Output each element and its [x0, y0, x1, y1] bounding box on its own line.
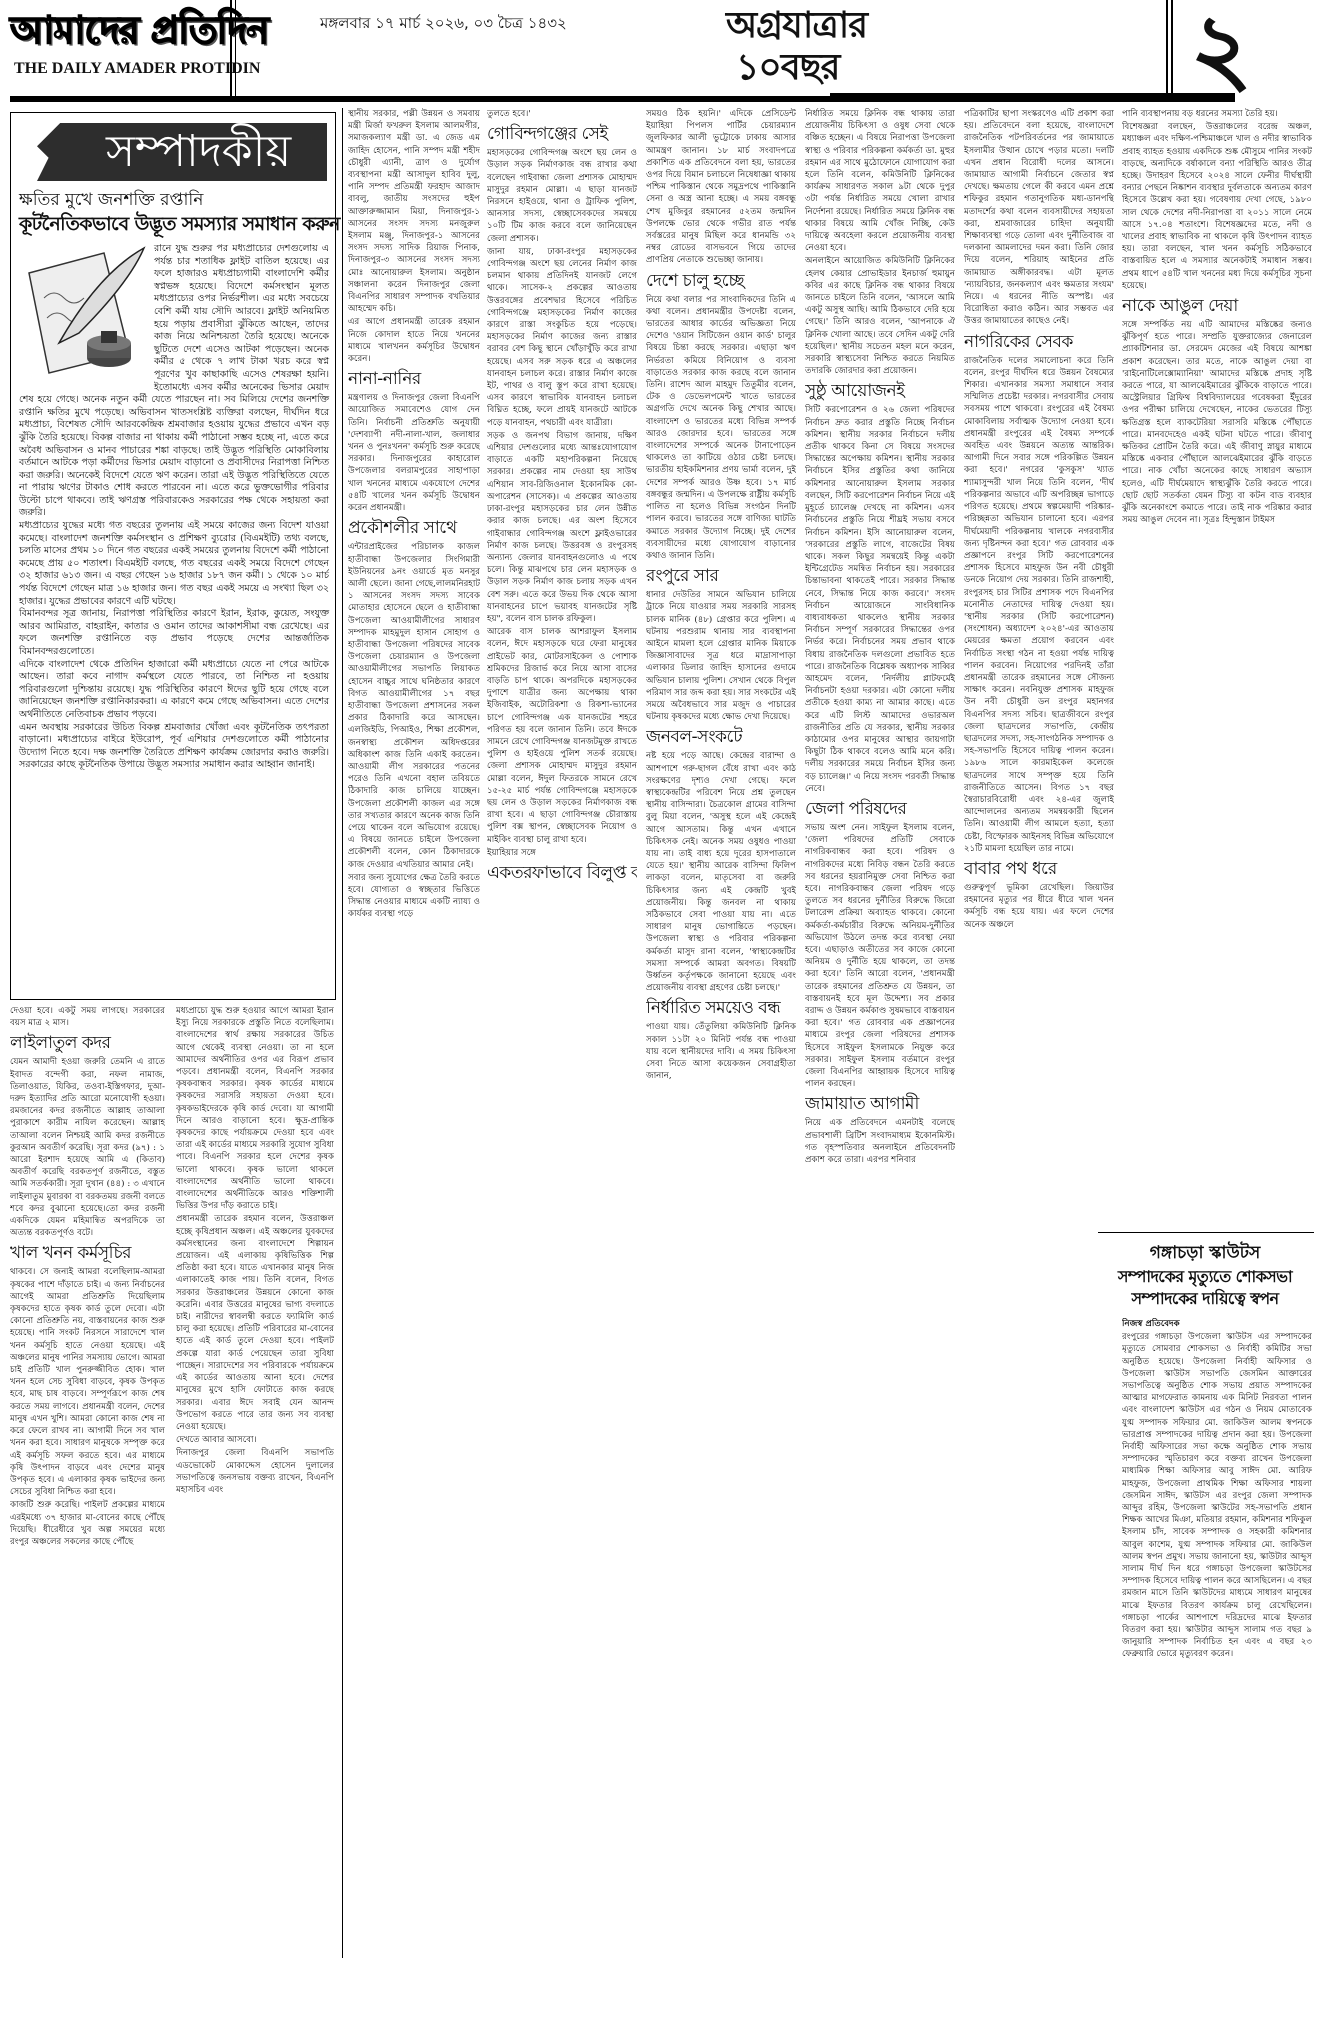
paragraph: যেমন আমাদী হওয়া জরুরি তেমনি এ রাতে ইবাদ…	[10, 1056, 165, 1239]
scouts-story-header: গঙ্গাচড়া স্কাউটস সম্পাদকের মৃত্যুতে শোক…	[1098, 1240, 1312, 1310]
scouts-headline: সম্পাদকের মৃত্যুতে শোকসভা	[1098, 1266, 1312, 1288]
anniversary-badge-line1: অগ্রযাত্রার	[726, 6, 867, 46]
paragraph: মধ্যপ্রাচ্যে যুদ্ধ শুরু হওয়ার আগে আমরা …	[176, 1005, 334, 1212]
paragraph: বিশেষজ্ঞরা বলছেন, উত্তরাঞ্চলের বরেন্দ্র …	[1122, 121, 1312, 292]
section-heading: জেলা পরিষদের	[805, 798, 955, 820]
paragraph: সিটি করপোরেশন ও ২৬ জেলা পরিষদের নির্বাচন…	[805, 404, 955, 795]
section-heading: প্রকৌশলীর সাথে	[348, 517, 480, 539]
section-heading: নাগরিকের সেবক	[964, 331, 1114, 353]
paragraph: নিয়ে এক প্রতিবেদনে এমনটাই বলেছে প্রভাবশ…	[805, 1117, 955, 1166]
paragraph: রংপুরের গঙ্গাচড়া উপজেলা স্কাউটস এর সম্প…	[1122, 1331, 1312, 1660]
paragraph: স্থানীয় সরকার, পল্লী উন্নয়ন ও সমবায় ম…	[348, 108, 480, 315]
quill-inkpot-icon	[19, 243, 154, 385]
paragraph: নিয়ে কথা বলার পর সাংবাদিকদের তিনি এ কথা…	[646, 294, 796, 562]
paragraph: সড়ক ও জনপথ বিভাগ জানায়, দক্ষিণ এশিয়ার…	[487, 430, 637, 625]
paragraph: নির্ধারিত সময়ে ক্লিনিক বন্ধ থাকায় তারা…	[805, 108, 955, 254]
paragraph: এন্টারপ্রাইজের পরিচালক কাজল হাতীবান্ধা উ…	[348, 541, 480, 870]
paragraph: দেওয়া হবে। একটু সময় লাগছে। সরকারের বয়…	[10, 1005, 165, 1029]
paragraph: ইয়াহিয়ার সঙ্গে	[487, 847, 637, 859]
paragraph: থাকবে। সে জন্যই আমরা বলেছিলাম-আমরা কৃষকে…	[10, 1266, 165, 1498]
paragraph: সভায় অংশ নেন। সাইফুল ইসলাম বলেন, 'জেলা …	[805, 822, 955, 1090]
paragraph: সবার জন্য সুযোগের ক্ষেত্র তৈরি করতে হবে।…	[348, 872, 480, 921]
section-heading: নির্ধারিত সময়েও বন্ধ	[646, 997, 796, 1019]
paragraph: সঙ্গে সম্পর্কিত নয় এটি আমাদের মস্তিষ্কে…	[1122, 319, 1312, 526]
page-number: ২	[1190, 0, 1252, 104]
editorial-paragraph: এমন অবস্থায় সরকারের উচিত বিকল্প শ্রমবাজ…	[19, 722, 329, 772]
column-3: স্থানীয় সরকার, পল্লী উন্নয়ন ও সমবায় ম…	[348, 108, 480, 1960]
page-number-divider	[1166, 0, 1168, 96]
editorial-headline: কূটনৈতিকভাবে উদ্ভূত সমস্যার সমাধান করুন	[19, 211, 329, 237]
section-heading: খাল খনন কর্মসূচির	[10, 1242, 165, 1264]
paragraph: সময়ও ঠিক হয়নি।' এদিকে প্রেসিডেন্ট ইয়া…	[646, 108, 796, 267]
paragraph: পত্রিকাটির ছাপা সংস্করণেও এটি প্রকাশ করা…	[964, 108, 1114, 328]
paragraph: তুলতে হবে।'	[487, 108, 637, 120]
header-rule	[10, 96, 1235, 102]
scouts-story-body: নিজস্ব প্রতিবেদক রংপুরের গঙ্গাচড়া উপজেল…	[1122, 1318, 1312, 1958]
section-heading: গোবিন্দগঞ্জের সেই	[487, 123, 637, 145]
paragraph: ধানার দেউতির সামনে অভিযান চালিয়ে ট্রাকে…	[646, 589, 796, 723]
header-divider	[235, 0, 236, 96]
paragraph: পানি ব্যবস্থাপনায় বড় ধরনের সমস্যা তৈরি…	[1122, 108, 1312, 120]
scouts-kicker: গঙ্গাচড়া স্কাউটস	[1098, 1240, 1312, 1266]
column-2: মধ্যপ্রাচ্যে যুদ্ধ শুরু হওয়ার আগে আমরা …	[176, 1005, 334, 1960]
paragraph: দিনাজপুর জেলা বিএনপি সভাপতি এডভোকেট মোকা…	[176, 1447, 334, 1496]
column-rule	[342, 108, 343, 1958]
paragraph: আরেক বাস চালক আশরাফুল ইসলাম বলেন, ঈদে মহ…	[487, 626, 637, 846]
section-heading: সুষ্ঠু আয়োজনই	[805, 380, 955, 402]
section-heading: জনবল-সংকটে	[646, 726, 796, 748]
paragraph: অনলাইনে আয়োজিত কমিউনিটি ক্লিনিকের হেলথ …	[805, 255, 955, 377]
section-heading: জামায়াত আগামী	[805, 1093, 955, 1115]
paragraph: জানা যায়, ঢাকা-রংপুর মহাসড়কের গোবিন্দগ…	[487, 246, 637, 429]
paragraph: দেখতে আবার আসবো।	[176, 1434, 334, 1446]
paragraph: কাজটি শুরু করেছি। পাইলট প্রকল্পের মাধ্যম…	[10, 1499, 165, 1548]
section-heading: দেশে চালু হচ্ছে	[646, 270, 796, 292]
masthead-bengali: আমাদের প্রতিদিন	[10, 4, 220, 56]
header-divider	[230, 0, 232, 96]
paragraph: মন্ত্রণালয় ও দিনাজপুর জেলা বিএনপি আয়োজ…	[348, 392, 480, 514]
editorial-box: সম্পাদকীয় ক্ষতির মুখে জনশক্তি রপ্তানি ক…	[10, 112, 336, 1000]
section-heading: একতরফাভাবে বিলুপ্ত করে দেয় পাকিস্তানি স…	[487, 862, 637, 884]
paragraph: নষ্ট হয়ে পড়ে আছে। কেন্দ্রের বারান্দা ও…	[646, 750, 796, 994]
editorial-paragraph: এদিকে বাংলাদেশ থেকে প্রতিদিন হাজারো কর্ম…	[19, 659, 329, 722]
editorial-banner-title: সম্পাদকীয়	[106, 123, 291, 181]
paragraph: পাওয়া যায়। তেঁতুলিয়া কমিউনিটি ক্লিনিক…	[646, 1021, 796, 1082]
column-7: পত্রিকাটির ছাপা সংস্করণেও এটি প্রকাশ করা…	[964, 108, 1114, 1960]
column-6: নির্ধারিত সময়ে ক্লিনিক বন্ধ থাকায় তারা…	[805, 108, 955, 1960]
editorial-paragraph: মধ্যপ্রাচ্যের যুদ্ধের মধ্যে গত বছরের তুল…	[19, 520, 329, 608]
paragraph: মহাসড়কের গোবিন্দগঞ্জ অংশে ছয় লেন ও উড়…	[487, 147, 637, 245]
section-heading: নাকে আঙুল দেয়া	[1122, 295, 1312, 317]
section-heading: রংপুরে সার	[646, 565, 796, 587]
section-heading: লাইলাতুল কদর	[10, 1032, 165, 1054]
column-4: তুলতে হবে।' গোবিন্দগঞ্জের সেই মহাসড়কের …	[487, 108, 637, 1960]
paragraph: প্রধানমন্ত্রী তারেক রহমান বলেন, উত্তরাঞ্…	[176, 1213, 334, 1433]
paragraph: রাজনৈতিক দলের সমালোচনা করে তিনি বলেন, রং…	[964, 355, 1114, 855]
issue-date: মঙ্গলবার ১৭ মার্চ ২০২৬, ০৩ চৈত্র ১৪৩২	[320, 12, 567, 37]
column-5: সময়ও ঠিক হয়নি।' এদিকে প্রেসিডেন্ট ইয়া…	[646, 108, 796, 1960]
editorial-body: রানে যুদ্ধ শুরুর পর মধ্যপ্রাচ্যের দেশগুল…	[19, 243, 329, 772]
paragraph: এর আগে প্রধানমন্ত্রী তারেক রহমান নিজে কো…	[348, 316, 480, 365]
byline: নিজস্ব প্রতিবেদক	[1122, 1318, 1312, 1330]
anniversary-badge-line2: ১০বছর	[736, 48, 839, 88]
masthead-english: THE DAILY AMADER PROTIDIN	[14, 60, 260, 78]
column-1: দেওয়া হবে। একটু সময় লাগছে। সরকারের বয়…	[10, 1005, 165, 1960]
column-8: পানি ব্যবস্থাপনায় বড় ধরনের সমস্যা তৈরি…	[1122, 108, 1312, 1228]
story-divider	[1098, 1232, 1314, 1233]
section-heading: নানা-নানির	[348, 368, 480, 390]
section-heading: বাবার পথ ধরে	[964, 858, 1114, 880]
paragraph: গুরুত্বপূর্ণ ভূমিকা রেখেছিল। জিয়াউর রহম…	[964, 882, 1114, 931]
editorial-paragraph: বিমানবন্দর সূত্র জানায়, নিরাপত্তা পরিস্…	[19, 608, 329, 658]
scouts-subheadline: সম্পাদকের দায়িত্বে স্বপন	[1098, 1288, 1312, 1310]
page-number-divider	[1171, 0, 1173, 96]
